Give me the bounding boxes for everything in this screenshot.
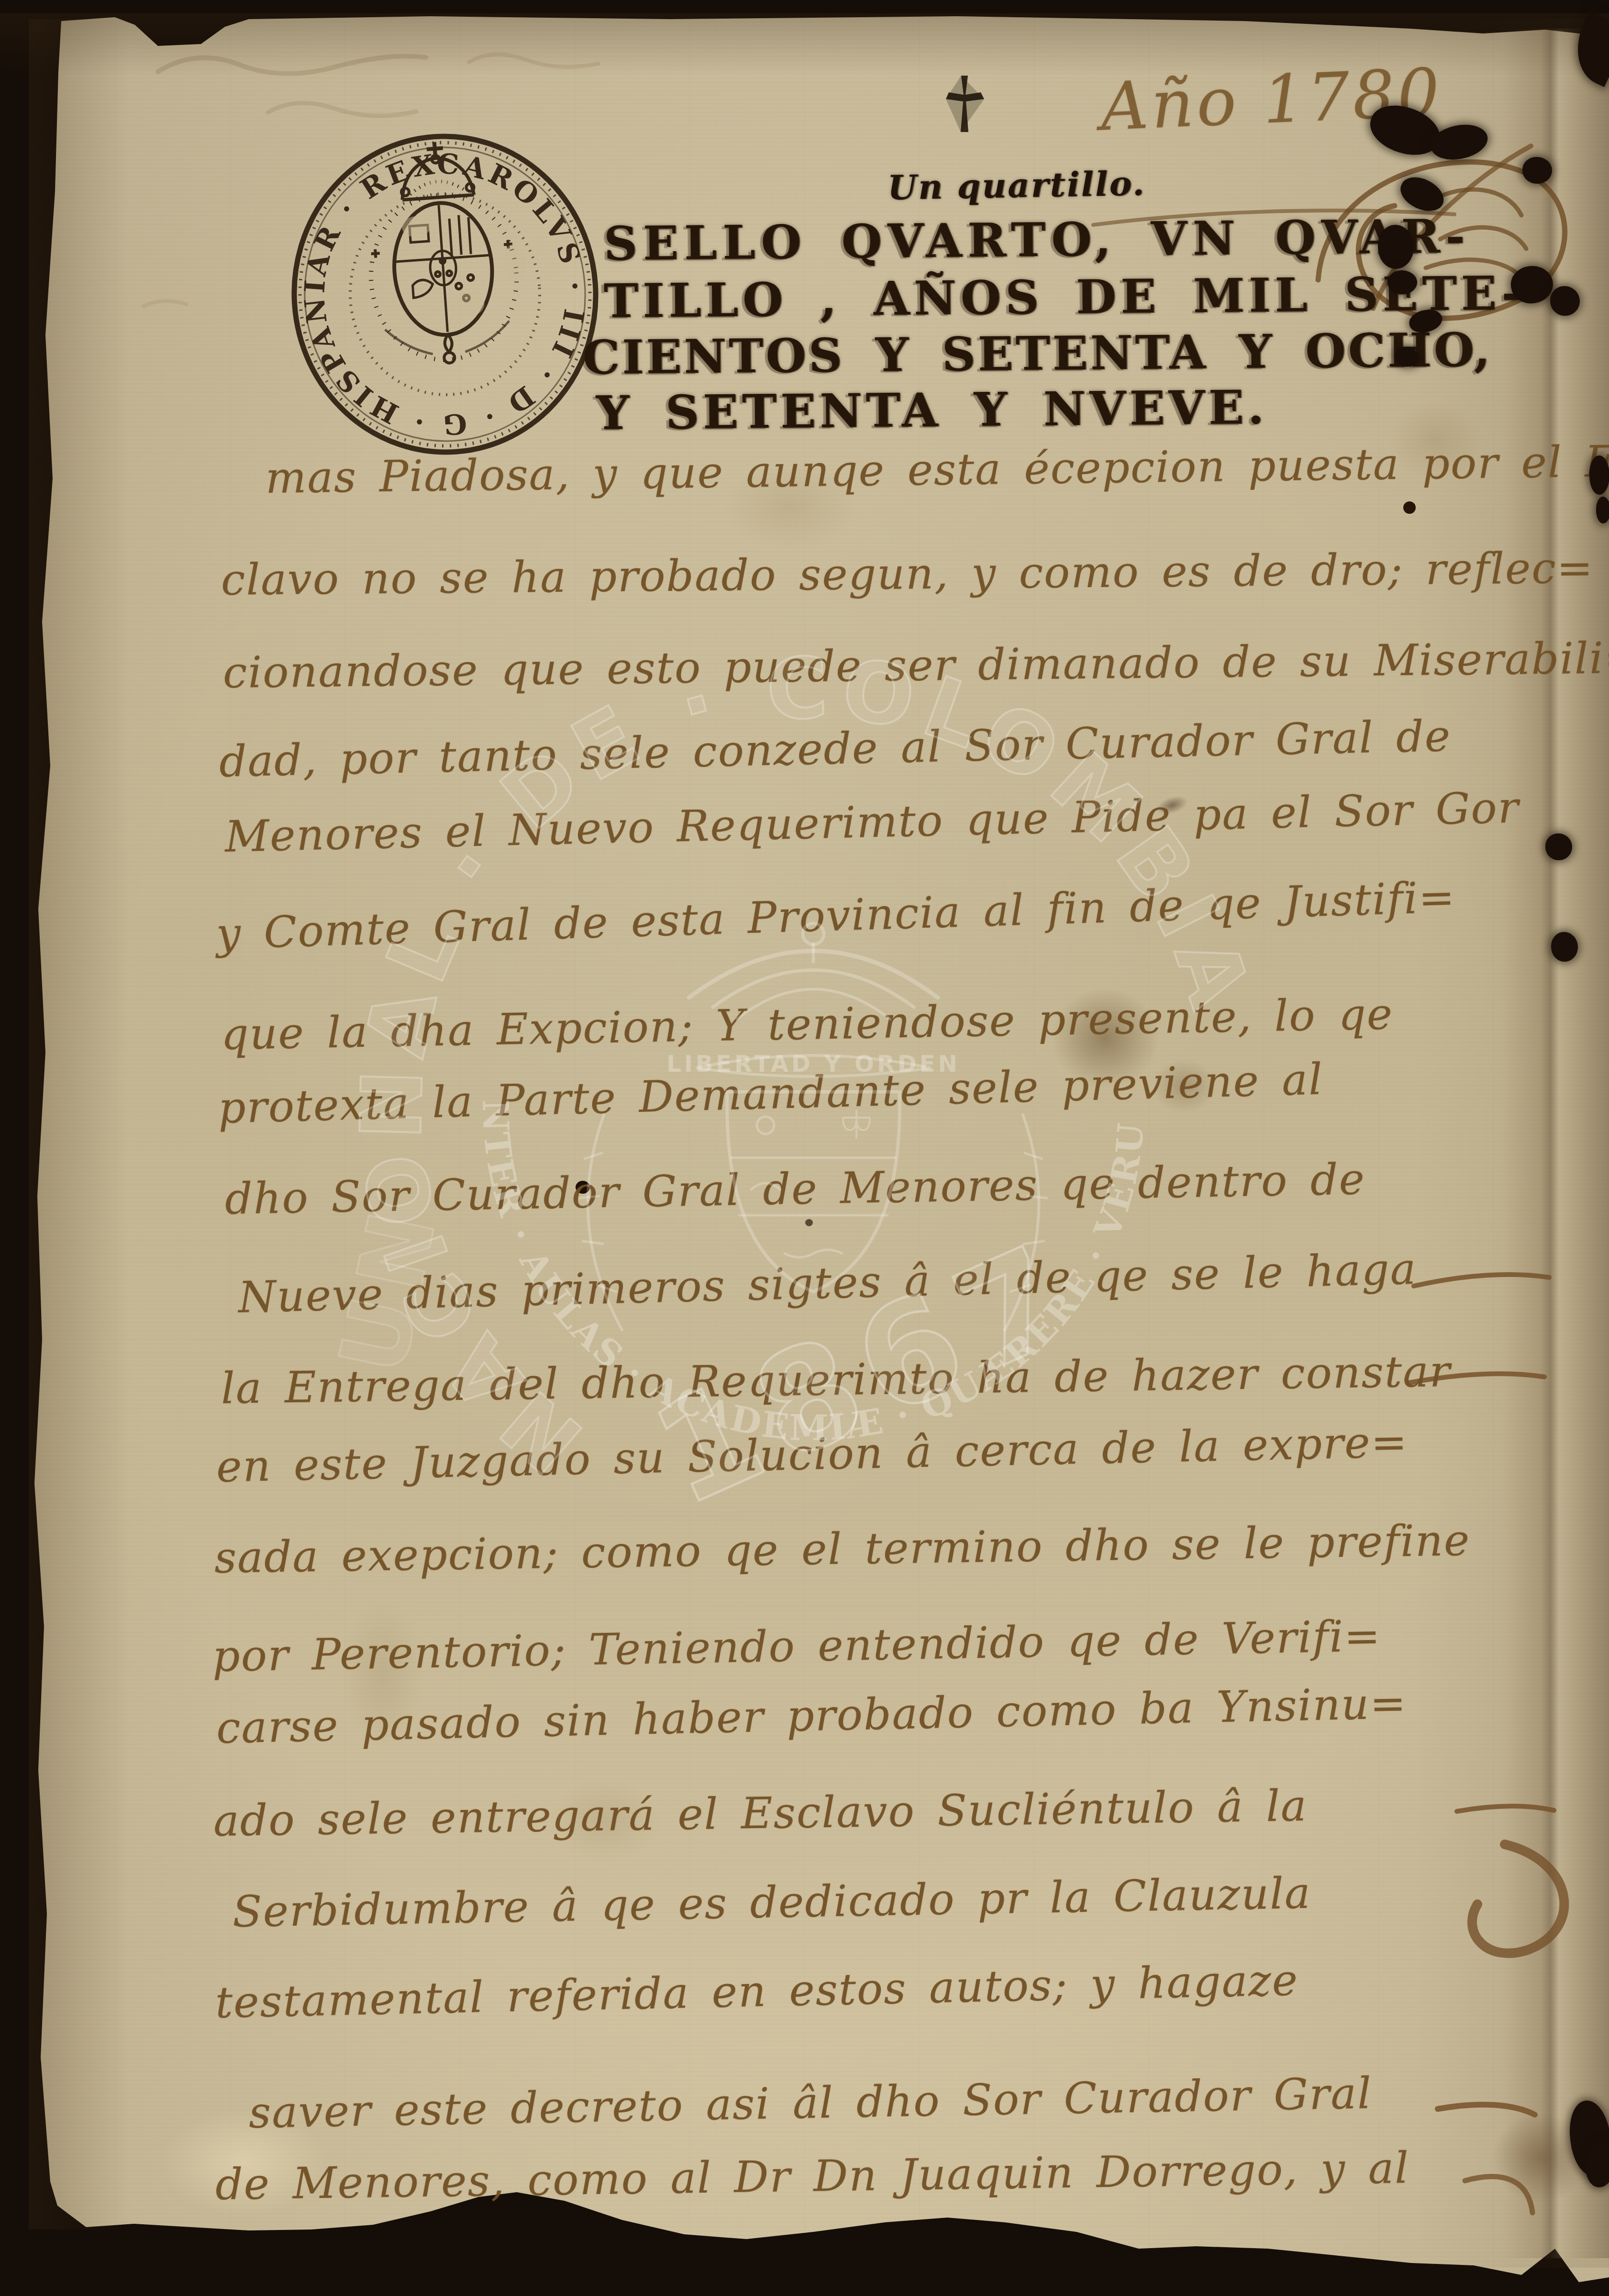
tax-denomination-label: Un quartillo. — [887, 163, 1146, 207]
stamp-text-line: Y SETENTA Y NVEVE. — [596, 380, 1268, 440]
stamp-text-line: SELLO QVARTO, VN QVAR- — [604, 209, 1471, 271]
manuscript-line: clavo no se ha probado segun, y como es … — [221, 547, 1594, 602]
stamp-text-line: CIENTOS Y SETENTA Y OCHO, — [583, 322, 1493, 385]
stamp-text-line: TILLO , AÑOS DE MIL SETE- — [604, 266, 1526, 328]
document-scan: CAROLVS · III · D · G · HISPANIAR · REX … — [0, 0, 1609, 2296]
year-annotation: Año 1780 — [1099, 54, 1444, 145]
